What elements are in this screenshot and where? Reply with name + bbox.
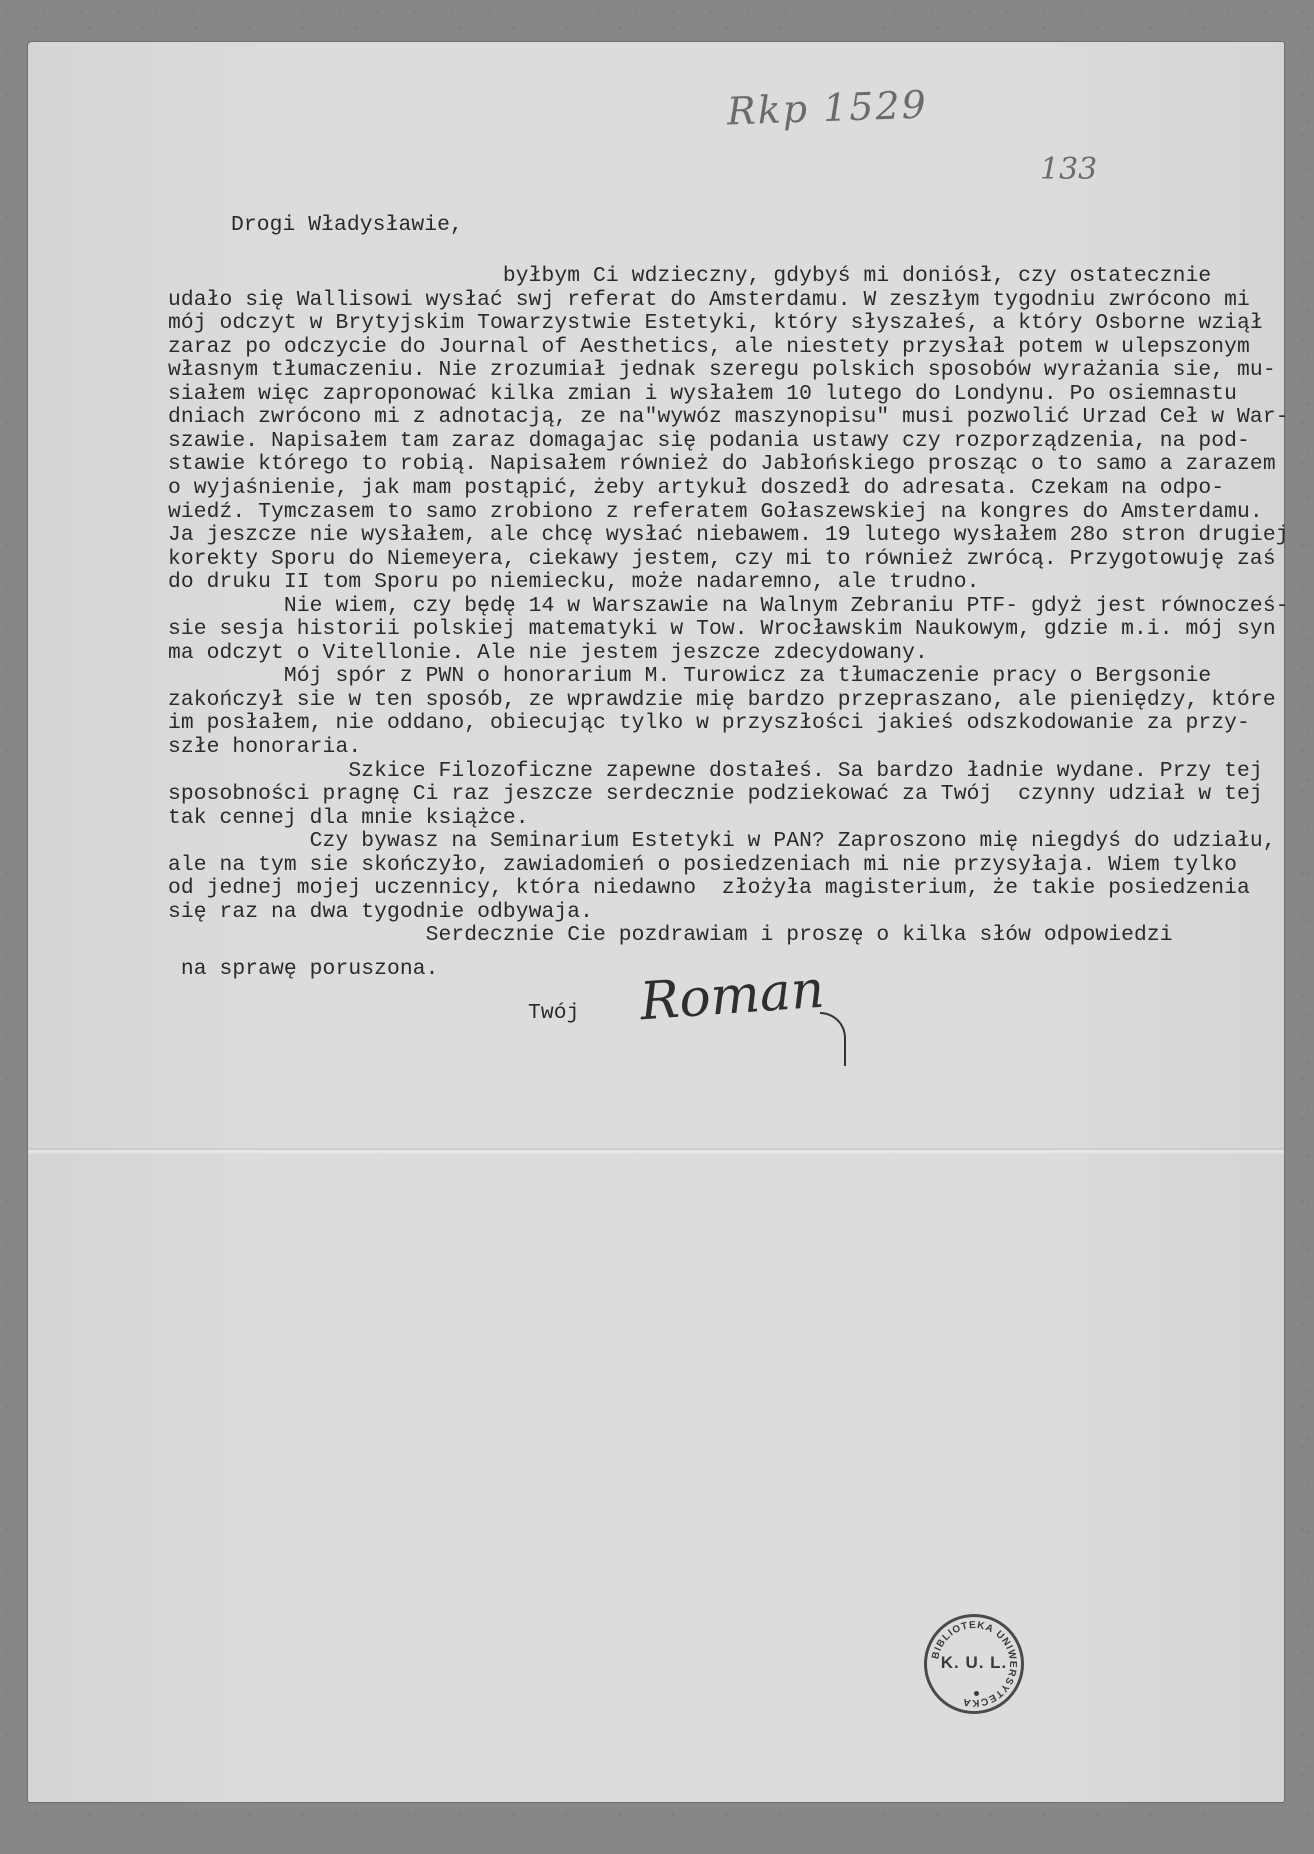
letter-line: się raz na dwa tygodnie odbywaja. [168,901,593,925]
letter-line: Ja jeszcze nie wysłałem, ale chcę wysłać… [168,524,1289,548]
letter-line: szawie. Napisałem tam zaraz domagajac si… [168,430,1250,454]
letter-line: wiedź. Tymczasem to samo zrobiono z refe… [168,501,1263,525]
letter-line: Szkice Filozoficzne zapewne dostałeś. Sa… [168,760,1263,784]
library-stamp: BIBLIOTEKA UNIWERSYTECKA K. U. L. [924,1614,1024,1714]
signature: Roman [638,960,826,1033]
letter-line: mój odczyt w Brytyjskim Towarzystwie Est… [168,312,1263,336]
letter-line: sie sesja historii polskiej matematyki w… [168,618,1276,642]
letter-line: stawie którego to robią. Napisałem równi… [168,453,1276,477]
letter-line: ma odczyt o Vitellonie. Ale nie jestem j… [168,642,928,666]
letter-body: Drogi Władysławie, byłbym Ci wdzieczny, … [168,0,1248,118]
letter-line: zaraz po odczycie do Journal of Aestheti… [168,336,1250,360]
letter-line: na sprawę poruszona. [168,958,438,982]
stamp-dot [974,1691,979,1696]
letter-line: sposobności pragnę Ci raz jeszcze serdec… [168,783,1263,807]
letter-line: o wyjaśnienie, jak mam postąpić, żeby ar… [168,477,1224,501]
letter-line: zakończył sie w ten sposób, ze wprawdzie… [168,689,1276,713]
letter-line: im posłałem, nie oddano, obiecując tylko… [168,712,1250,736]
letter-line: korekty Sporu do Niemeyera, ciekawy jest… [168,548,1276,572]
letter-line: Czy bywasz na Seminarium Estetyki w PAN?… [168,830,1276,854]
letter-line: udało się Wallisowi wysłać swj referat d… [168,289,1250,313]
letter-line: od jednej mojej uczennicy, która niedawn… [168,877,1250,901]
letter-line: Serdecznie Cie pozdrawiam i proszę o kil… [168,924,1173,948]
letter-line: szłe honoraria. [168,736,361,760]
stamp-center-text: K. U. L. [927,1653,1021,1673]
letter-line: dniach zwrócono mi z adnotacją, ze na"wy… [168,406,1289,430]
page-number-annotation: 133 [1040,152,1097,187]
letter-line: ale na tym sie skończyło, zawiadomień o … [168,854,1237,878]
letter-line: byłbym Ci wdzieczny, gdybyś mi doniósł, … [168,265,1211,289]
letter-line: Mój spór z PWN o honorarium M. Turowicz … [168,665,1211,689]
letter-line: do druku II tom Sporu po niemiecku, może… [168,571,979,595]
letter-line: Nie wiem, czy będę 14 w Warszawie na Wal… [168,595,1289,619]
letter-line: tak cennej dla mnie książce. [168,807,529,831]
letter-line: siałem więc zaproponować kilka zmian i w… [168,383,1237,407]
letter-line: własnym tłumaczeniu. Nie zrozumiał jedna… [168,359,1276,383]
closing: Twój [528,1002,580,1026]
salutation: Drogi Władysławie, [231,214,463,238]
